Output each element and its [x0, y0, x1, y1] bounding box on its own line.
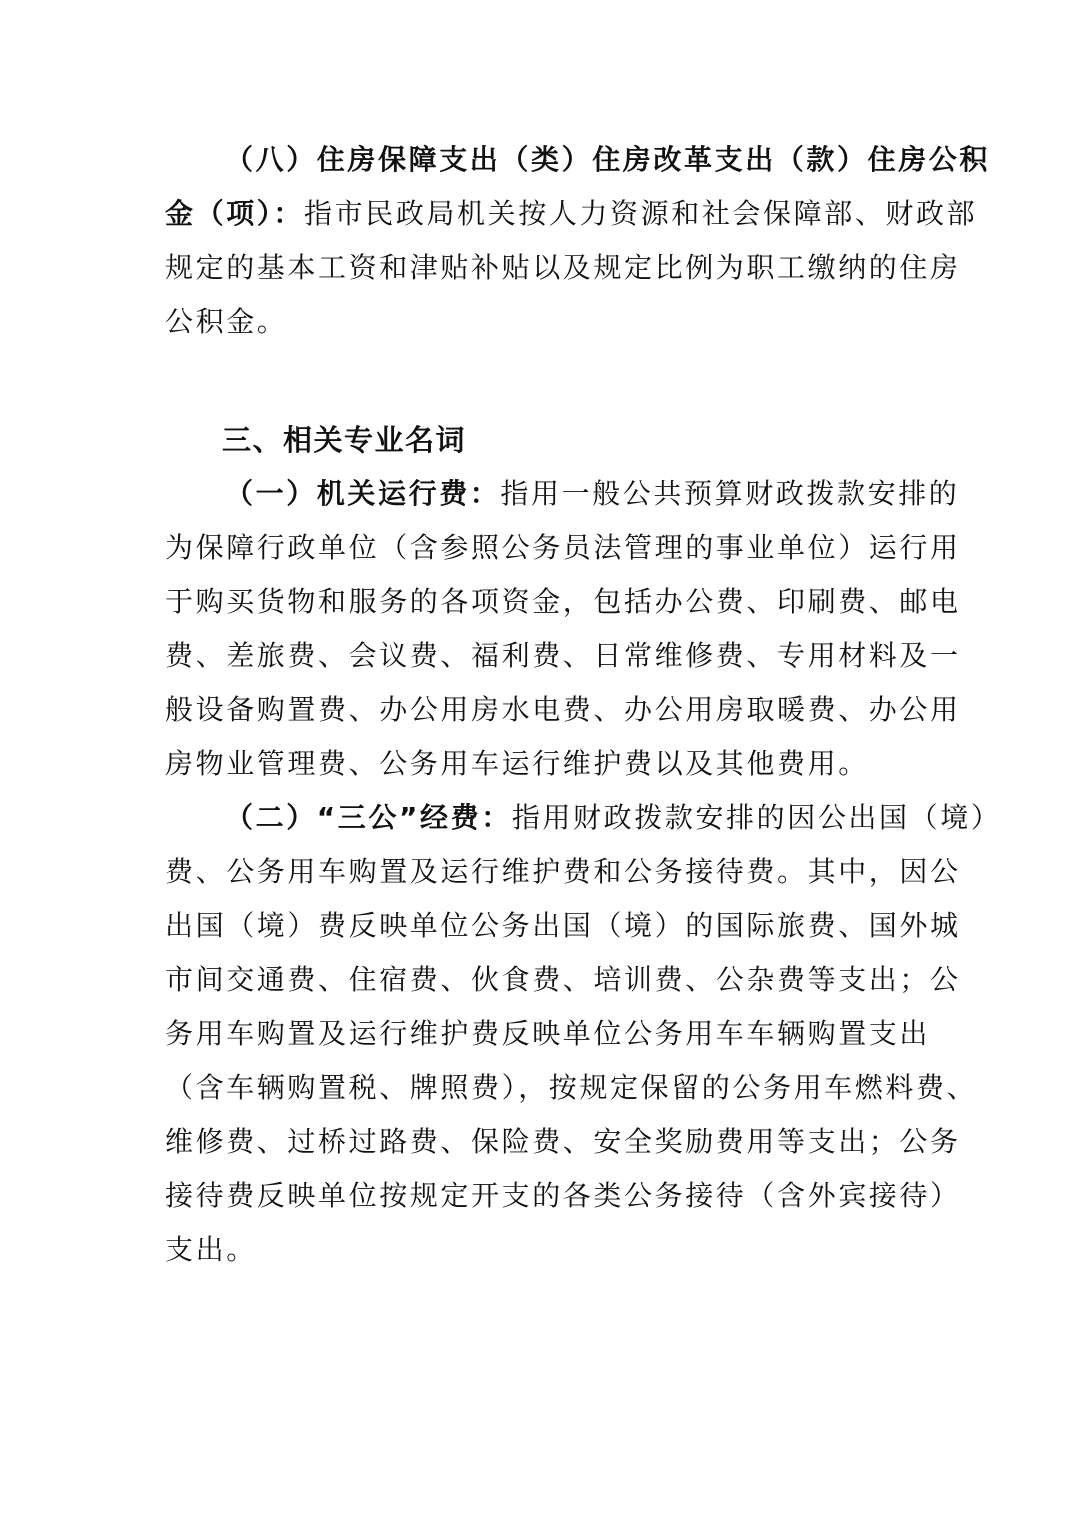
paragraph-text: 务用车购置及运行维护费反映单位公务用车车辆购置支出: [165, 1017, 930, 1050]
paragraph-line: 公积金。: [165, 302, 915, 342]
term-label: （二）“三公”经费：: [225, 801, 512, 834]
paragraph-line: 接待费反映单位按规定开支的各类公务接待（含外宾接待）: [165, 1176, 915, 1216]
paragraph-text: 于购买货物和服务的各项资金，包括办公费、印刷费、邮电: [165, 585, 961, 618]
paragraph-text: 指用财政拨款安排的因公出国（境）: [512, 801, 1002, 834]
paragraph-line: 规定的基本工资和津贴补贴以及规定比例为职工缴纳的住房: [165, 248, 915, 288]
paragraph-text: （含车辆购置税、牌照费），按规定保留的公务用车燃料费、: [165, 1071, 977, 1104]
paragraph-line: 务用车购置及运行维护费反映单位公务用车车辆购置支出: [165, 1014, 915, 1054]
paragraph-text: 般设备购置费、办公用房水电费、办公用房取暖费、办公用: [165, 693, 961, 726]
paragraph-line: （含车辆购置税、牌照费），按规定保留的公务用车燃料费、: [165, 1068, 915, 1108]
paragraph-text: 市间交通费、住宿费、伙食费、培训费、公杂费等支出；公: [165, 963, 961, 996]
section-heading: 三、相关专业名词: [222, 420, 466, 460]
paragraph-line: （二）“三公”经费：指用财政拨款安排的因公出国（境）: [225, 798, 915, 838]
term-label: （八）住房保障支出（类）住房改革支出（款）住房公积: [225, 143, 990, 176]
paragraph-text: 接待费反映单位按规定开支的各类公务接待（含外宾接待）: [165, 1179, 961, 1212]
document-page: （八）住房保障支出（类）住房改革支出（款）住房公积 金（项）：指市民政局机关按人…: [0, 0, 1074, 1520]
paragraph-text: 出国（境）费反映单位公务出国（境）的国际旅费、国外城: [165, 909, 961, 942]
paragraph-line: 金（项）：指市民政局机关按人力资源和社会保障部、财政部: [165, 194, 915, 234]
paragraph-text: 费、差旅费、会议费、福利费、日常维修费、专用材料及一: [165, 639, 961, 672]
paragraph-text: 规定的基本工资和津贴补贴以及规定比例为职工缴纳的住房: [165, 251, 961, 284]
paragraph-text: 公积金。: [165, 305, 287, 338]
paragraph-text: 指用一般公共预算财政拨款安排的: [500, 477, 959, 510]
term-label: （一）机关运行费：: [225, 477, 500, 510]
term-label: 金（项）：: [165, 197, 304, 230]
paragraph-text: 费、公务用车购置及运行维护费和公务接待费。其中，因公: [165, 855, 961, 888]
paragraph-line: 市间交通费、住宿费、伙食费、培训费、公杂费等支出；公: [165, 960, 915, 1000]
paragraph-line: 房物业管理费、公务用车运行维护费以及其他费用。: [165, 744, 915, 784]
paragraph-text: 维修费、过桥过路费、保险费、安全奖励费用等支出；公务: [165, 1125, 961, 1158]
paragraph-line: 为保障行政单位（含参照公务员法管理的事业单位）运行用: [165, 528, 915, 568]
paragraph-line: 般设备购置费、办公用房水电费、办公用房取暖费、办公用: [165, 690, 915, 730]
paragraph-line: （八）住房保障支出（类）住房改革支出（款）住房公积: [225, 140, 915, 180]
paragraph-text: 为保障行政单位（含参照公务员法管理的事业单位）运行用: [165, 531, 961, 564]
paragraph-line: 费、公务用车购置及运行维护费和公务接待费。其中，因公: [165, 852, 915, 892]
paragraph-text: 支出。: [165, 1233, 257, 1266]
paragraph-line: 出国（境）费反映单位公务出国（境）的国际旅费、国外城: [165, 906, 915, 946]
paragraph-line: 支出。: [165, 1230, 915, 1270]
paragraph-text: 房物业管理费、公务用车运行维护费以及其他费用。: [165, 747, 869, 780]
paragraph-line: （一）机关运行费：指用一般公共预算财政拨款安排的: [225, 474, 915, 514]
paragraph-line: 于购买货物和服务的各项资金，包括办公费、印刷费、邮电: [165, 582, 915, 622]
paragraph-line: 费、差旅费、会议费、福利费、日常维修费、专用材料及一: [165, 636, 915, 676]
paragraph-line: 维修费、过桥过路费、保险费、安全奖励费用等支出；公务: [165, 1122, 915, 1162]
paragraph-text: 指市民政局机关按人力资源和社会保障部、财政部: [304, 197, 977, 230]
